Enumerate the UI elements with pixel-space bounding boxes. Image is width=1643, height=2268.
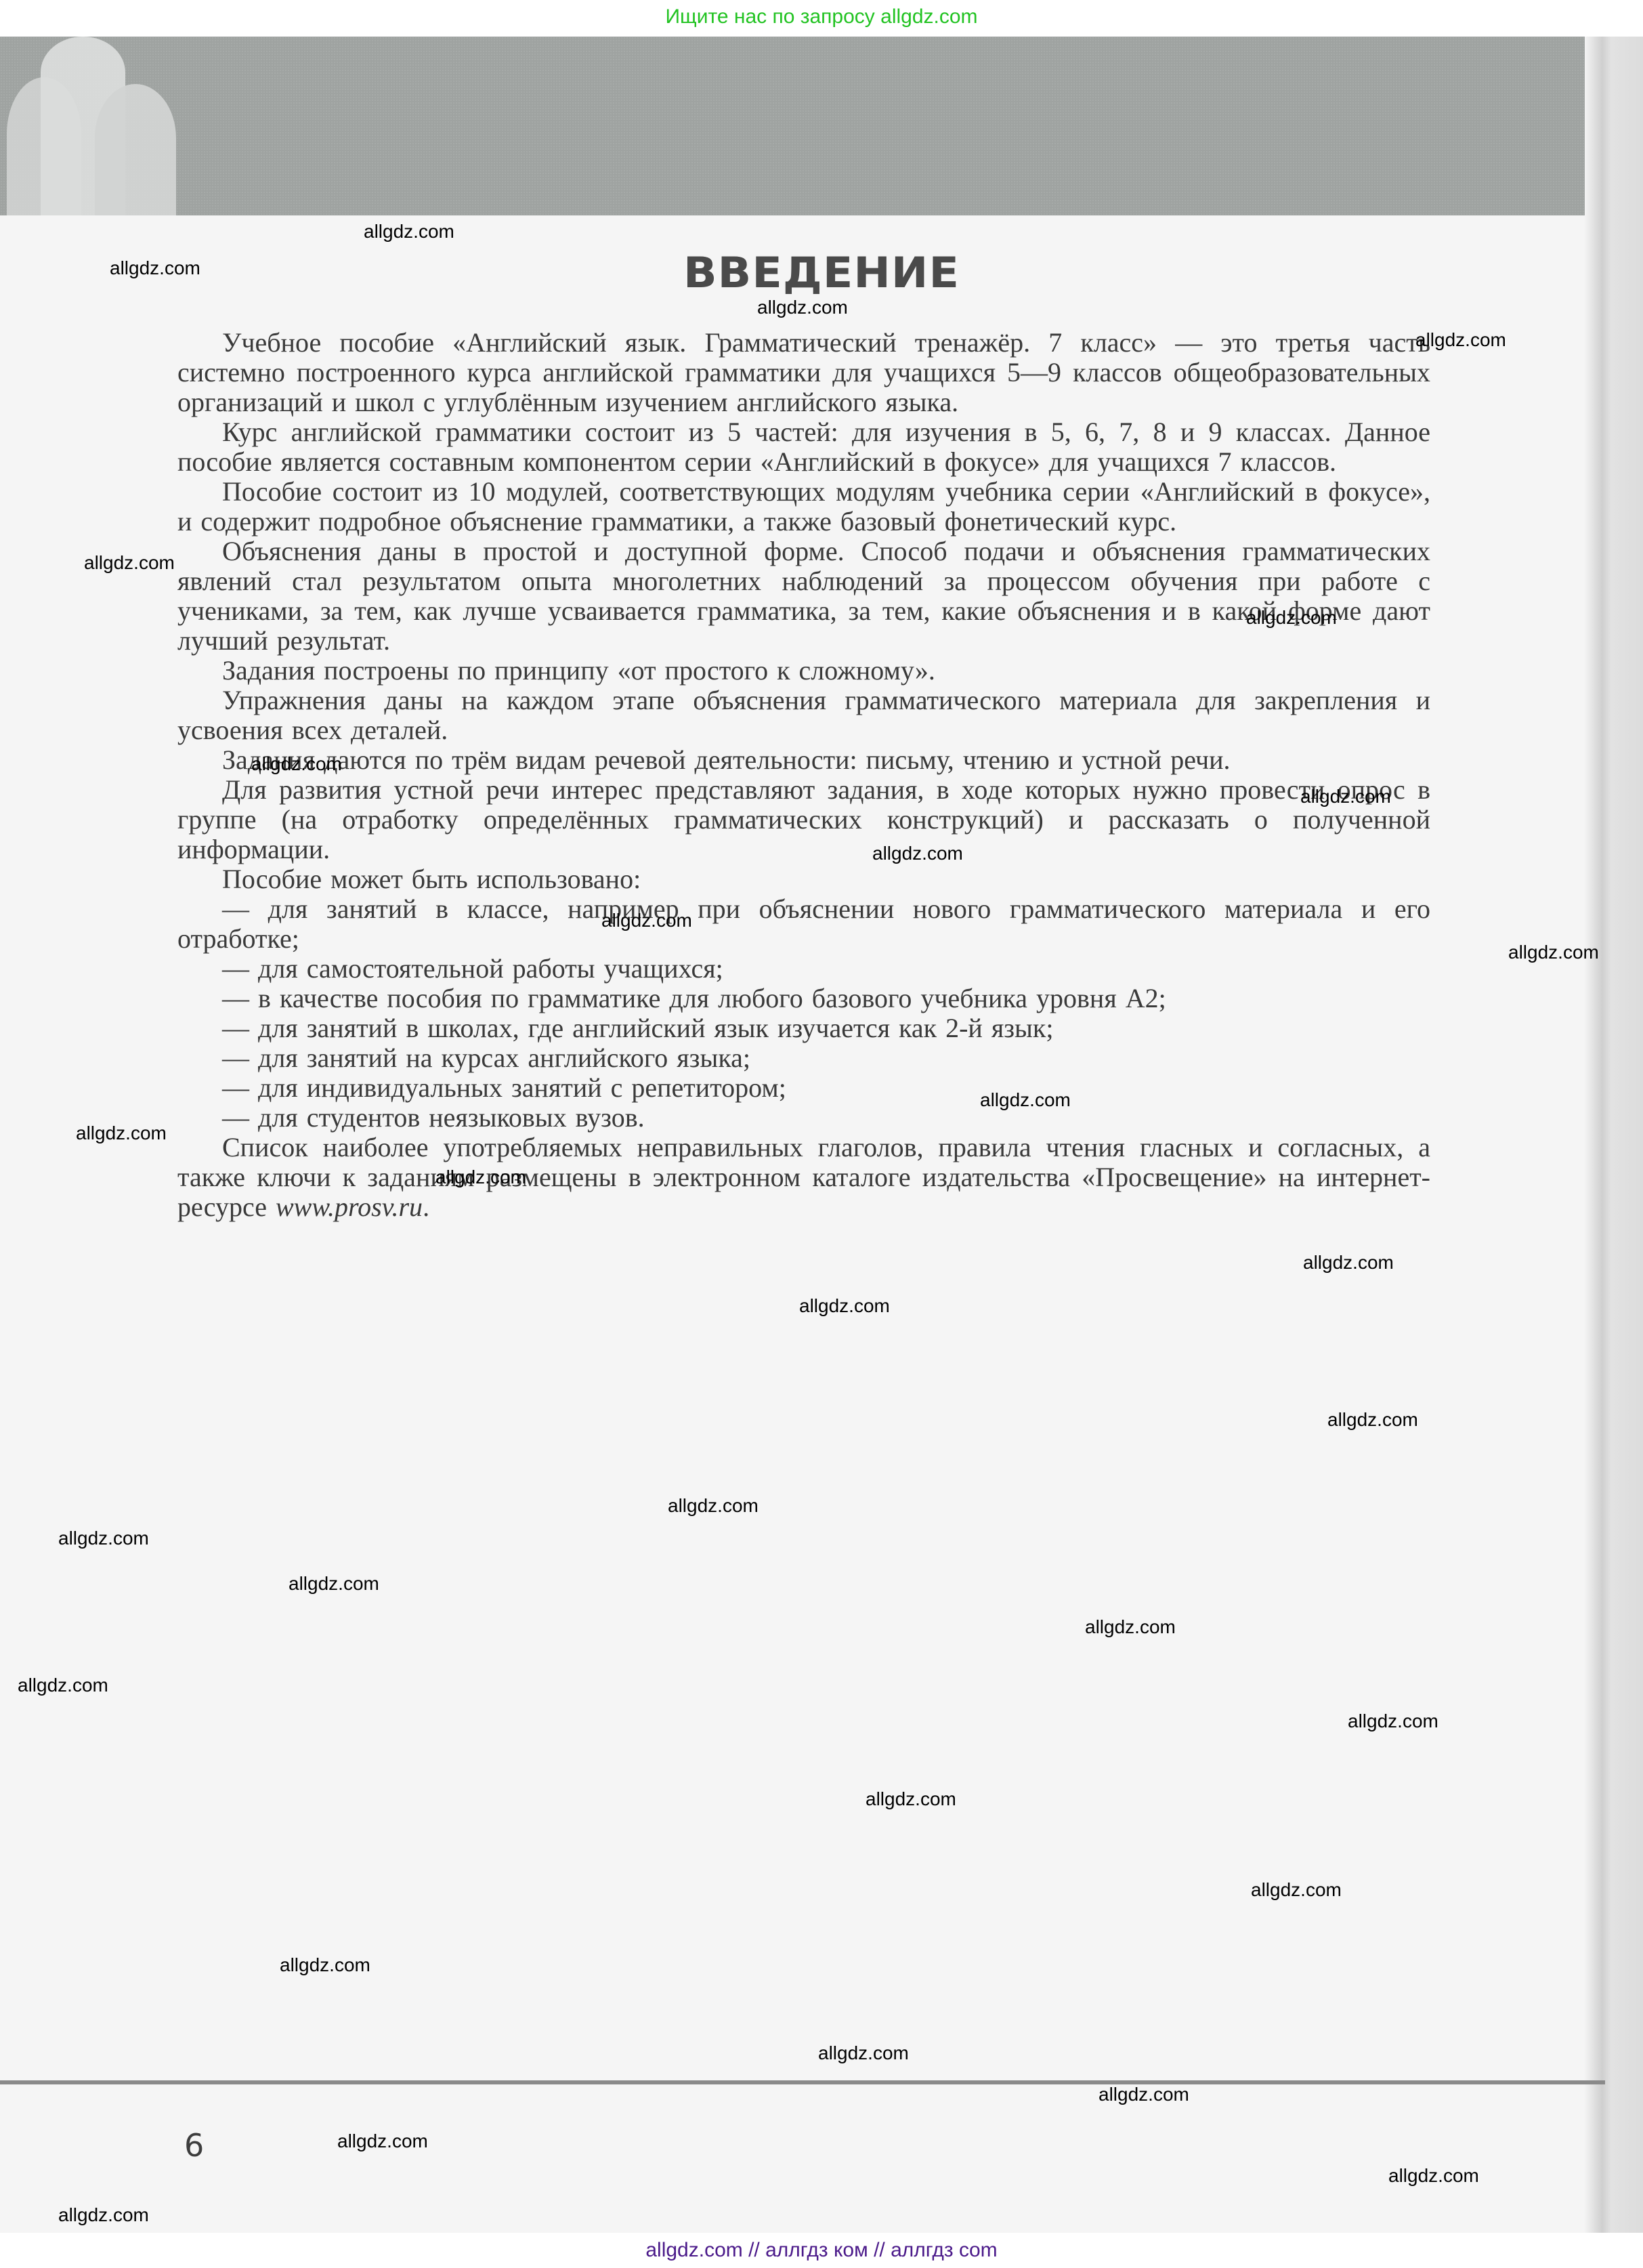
watermark-text: allgdz.com [110,257,200,279]
intro-text: Учебное пособие «Английский язык. Грамма… [177,328,1430,1222]
watermark-text: allgdz.com [799,1295,890,1317]
flower-petal-icon [95,84,176,219]
paragraph: Пособие состоит из 10 модулей, соответст… [177,477,1430,537]
paragraph: Задания даются по трём видам речевой дея… [177,745,1430,775]
closing-tail: . [423,1192,429,1222]
watermark-text: allgdz.com [1303,1252,1394,1274]
footer-divider [0,2080,1605,2084]
paragraph: Упражнения даны на каждом этапе объяснен… [177,686,1430,745]
paragraph: Учебное пособие «Английский язык. Грамма… [177,328,1430,417]
watermark-text: allgdz.com [1348,1710,1438,1732]
paragraph: Задания построены по принципу «от просто… [177,656,1430,686]
closing-paragraph: Список наиболее употребляемых неправильн… [177,1133,1430,1222]
paragraph: Пособие может быть использовано: [177,864,1430,894]
top-promo-banner[interactable]: Ищите нас по запросу allgdz.com [0,0,1643,37]
publisher-link[interactable]: www.prosv.ru [276,1192,423,1222]
paragraph: Объяснения даны в простой и доступной фо… [177,537,1430,656]
watermark-text: allgdz.com [818,2042,909,2064]
watermark-text: allgdz.com [872,843,963,864]
watermark-text: allgdz.com [1085,1616,1176,1638]
watermark-text: allgdz.com [1300,786,1391,807]
watermark-text: allgdz.com [601,910,692,931]
watermark-text: allgdz.com [866,1788,956,1810]
watermark-text: allgdz.com [1415,329,1506,351]
watermark-text: allgdz.com [58,2204,149,2226]
usage-list-item: — в качестве пособия по грамматике для л… [177,984,1430,1013]
watermark-text: allgdz.com [1251,1879,1342,1901]
usage-list-item: — для занятий в классе, например при объ… [177,894,1430,954]
paragraph: Для развития устной речи интерес предста… [177,775,1430,864]
watermark-text: allgdz.com [364,221,454,243]
page-number: 6 [184,2127,204,2164]
watermark-text: allgdz.com [1098,2084,1189,2105]
watermark-text: allgdz.com [1327,1409,1418,1431]
watermark-text: allgdz.com [435,1167,526,1188]
usage-list-item: — для занятий на курсах английского язык… [177,1043,1430,1073]
watermark-text: allgdz.com [76,1122,167,1144]
usage-list-item: — для самостоятельной работы учащихся; [177,954,1430,984]
watermark-text: allgdz.com [1388,2165,1479,2187]
watermark-text: allgdz.com [757,297,848,318]
bottom-promo-banner[interactable]: allgdz.com // аллгдз ком // аллгдз com [0,2233,1643,2268]
decorative-header-band [0,37,1598,215]
watermark-text: allgdz.com [1246,607,1337,629]
watermark-text: allgdz.com [668,1495,759,1517]
watermark-text: allgdz.com [251,753,342,775]
watermark-text: allgdz.com [337,2130,428,2152]
watermark-text: allgdz.com [18,1675,108,1696]
watermark-text: allgdz.com [980,1089,1071,1111]
watermark-text: allgdz.com [280,1954,370,1976]
watermark-text: allgdz.com [84,552,175,574]
watermark-text: allgdz.com [58,1528,149,1549]
usage-list-item: — для студентов неязыковых вузов. [177,1103,1430,1133]
usage-list-item: — для индивидуальных занятий с репетитор… [177,1073,1430,1103]
watermark-text: allgdz.com [289,1573,379,1595]
page-title: ВВЕДЕНИЕ [0,248,1643,297]
book-spine-edge [1585,37,1643,2233]
paragraph: Курс английской грамматики состоит из 5 … [177,417,1430,477]
usage-list-item: — для занятий в школах, где английский я… [177,1013,1430,1043]
watermark-text: allgdz.com [1508,942,1599,963]
